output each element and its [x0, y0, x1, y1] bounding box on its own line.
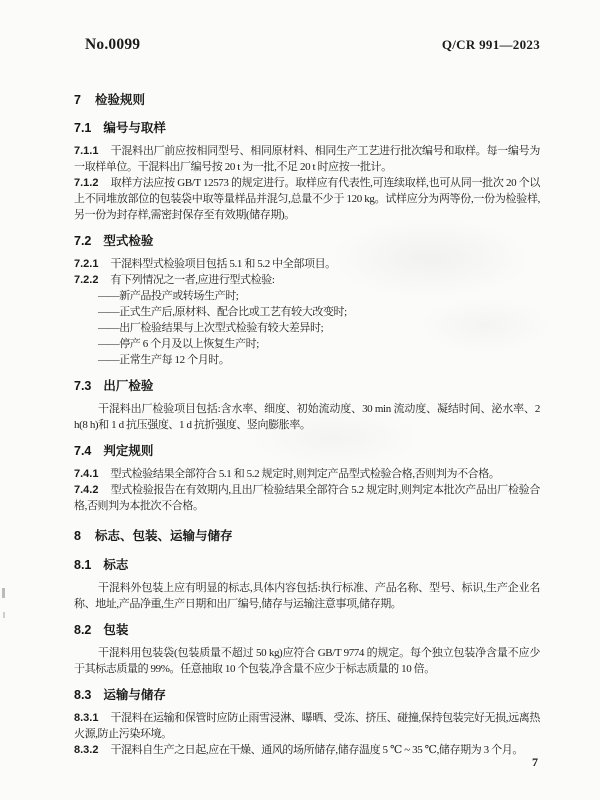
scan-artifact	[2, 588, 5, 598]
clause-text: 干混料出厂前应按相同型号、相同原材料、相同生产工艺进行批次编号和取样。每一编号为…	[74, 145, 540, 173]
section-title: 判定规则	[103, 444, 153, 458]
section-number: 8.3	[74, 688, 91, 702]
clause-number: 7.2.1	[74, 258, 98, 270]
section-number: 8.1	[74, 558, 91, 572]
chapter-title: 检验规则	[95, 93, 145, 107]
page-content: No.0099 Q/CR 991—2023 7检验规则 7.1编号与取样 7.1…	[74, 36, 540, 758]
section-title: 包装	[103, 623, 128, 637]
section-7-3-body: 干混料出厂检验项目包括:含水率、细度、初始流动度、30 min 流动度、凝结时间…	[74, 401, 540, 433]
section-7-4-heading: 7.4判定规则	[74, 443, 540, 460]
chapter-8-heading: 8标志、包装、运输与储存	[74, 528, 540, 545]
clause-7-1-1: 7.1.1干混料出厂前应按相同型号、相同原材料、相同生产工艺进行批次编号和取样。…	[74, 143, 540, 175]
section-title: 型式检验	[103, 234, 153, 248]
section-number: 7.1	[74, 121, 91, 135]
clause-text: 型式检验结果全部符合 5.1 和 5.2 规定时,则判定产品型式检验合格,否则判…	[110, 468, 499, 480]
section-number: 7.2	[74, 234, 91, 248]
page-header: No.0099 Q/CR 991—2023	[74, 36, 540, 54]
section-title: 编号与取样	[103, 121, 166, 135]
section-number: 8.2	[74, 623, 91, 637]
clause-number: 7.4.1	[74, 468, 98, 480]
clause-text: 取样方法应按 GB/T 12573 的规定进行。取样应有代表性,可连续取样,也可…	[74, 177, 540, 221]
chapter-7-heading: 7检验规则	[74, 92, 540, 109]
clause-7-2-1: 7.2.1干混料型式检验项目包括 5.1 和 5.2 中全部项目。	[74, 256, 540, 272]
section-7-2-heading: 7.2型式检验	[74, 233, 540, 250]
section-7-3-heading: 7.3出厂检验	[74, 378, 540, 395]
clause-7-1-2: 7.1.2取样方法应按 GB/T 12573 的规定进行。取样应有代表性,可连续…	[74, 175, 540, 223]
scan-artifact	[3, 612, 5, 618]
section-title: 出厂检验	[103, 379, 153, 393]
clause-8-3-2: 8.3.2干混料自生产之日起,应在干燥、通风的场所储存,储存温度 5 ℃ ~ 3…	[74, 742, 540, 758]
clause-number: 7.2.2	[74, 274, 98, 286]
section-8-1-heading: 8.1标志	[74, 557, 540, 574]
type-inspection-conditions-list: ——新产品投产或转场生产时; ——正式生产后,原材料、配合比或工艺有较大改变时;…	[74, 288, 540, 368]
clause-text: 型式检验报告在有效期内,且出厂检验结果全部符合 5.2 规定时,则判定本批次产品…	[74, 484, 540, 512]
list-item: ——新产品投产或转场生产时;	[74, 288, 540, 304]
clause-text: 干混料型式检验项目包括 5.1 和 5.2 中全部项目。	[110, 258, 335, 270]
section-8-1-body: 干混料外包装上应有明显的标志,具体内容包括:执行标准、产品名称、型号、标识,生产…	[74, 580, 540, 612]
clause-7-2-2: 7.2.2有下列情况之一者,应进行型式检验:	[74, 272, 540, 288]
chapter-number: 8	[74, 529, 81, 543]
clause-number: 8.3.1	[74, 712, 98, 724]
list-item: ——停产 6 个月及以上恢复生产时;	[74, 336, 540, 352]
chapter-number: 7	[74, 93, 81, 107]
section-number: 7.4	[74, 444, 91, 458]
document-page: No.0099 Q/CR 991—2023 7检验规则 7.1编号与取样 7.1…	[0, 0, 600, 800]
chapter-title: 标志、包装、运输与储存	[95, 529, 233, 543]
clause-number: 7.1.2	[74, 177, 98, 189]
clause-number: 7.1.1	[74, 145, 98, 157]
clause-text: 干混料自生产之日起,应在干燥、通风的场所储存,储存温度 5 ℃ ~ 35 ℃,储…	[110, 744, 522, 756]
section-number: 7.3	[74, 379, 91, 393]
document-serial-number: No.0099	[85, 36, 140, 54]
clause-number: 8.3.2	[74, 744, 98, 756]
clause-number: 7.4.2	[74, 484, 98, 496]
page-number: 7	[532, 755, 538, 770]
list-item: ——出厂检验结果与上次型式检验有较大差异时;	[74, 320, 540, 336]
section-8-2-heading: 8.2包装	[74, 622, 540, 639]
section-8-2-body: 干混料用包装袋(包装质量不超过 50 kg)应符合 GB/T 9774 的规定。…	[74, 645, 540, 677]
clause-text: 干混料在运输和保管时应防止雨雪浸淋、曝晒、受冻、挤压、碰撞,保持包装完好无损,远…	[74, 712, 540, 740]
section-title: 标志	[103, 558, 128, 572]
clause-text: 有下列情况之一者,应进行型式检验:	[110, 274, 274, 286]
clause-7-4-1: 7.4.1型式检验结果全部符合 5.1 和 5.2 规定时,则判定产品型式检验合…	[74, 466, 540, 482]
section-title: 运输与储存	[103, 688, 166, 702]
standard-number: Q/CR 991—2023	[442, 37, 540, 53]
clause-8-3-1: 8.3.1干混料在运输和保管时应防止雨雪浸淋、曝晒、受冻、挤压、碰撞,保持包装完…	[74, 710, 540, 742]
section-7-1-heading: 7.1编号与取样	[74, 120, 540, 137]
list-item: ——正式生产后,原材料、配合比或工艺有较大改变时;	[74, 304, 540, 320]
list-item: ——正常生产每 12 个月时。	[74, 352, 540, 368]
section-8-3-heading: 8.3运输与储存	[74, 687, 540, 704]
clause-7-4-2: 7.4.2型式检验报告在有效期内,且出厂检验结果全部符合 5.2 规定时,则判定…	[74, 482, 540, 514]
